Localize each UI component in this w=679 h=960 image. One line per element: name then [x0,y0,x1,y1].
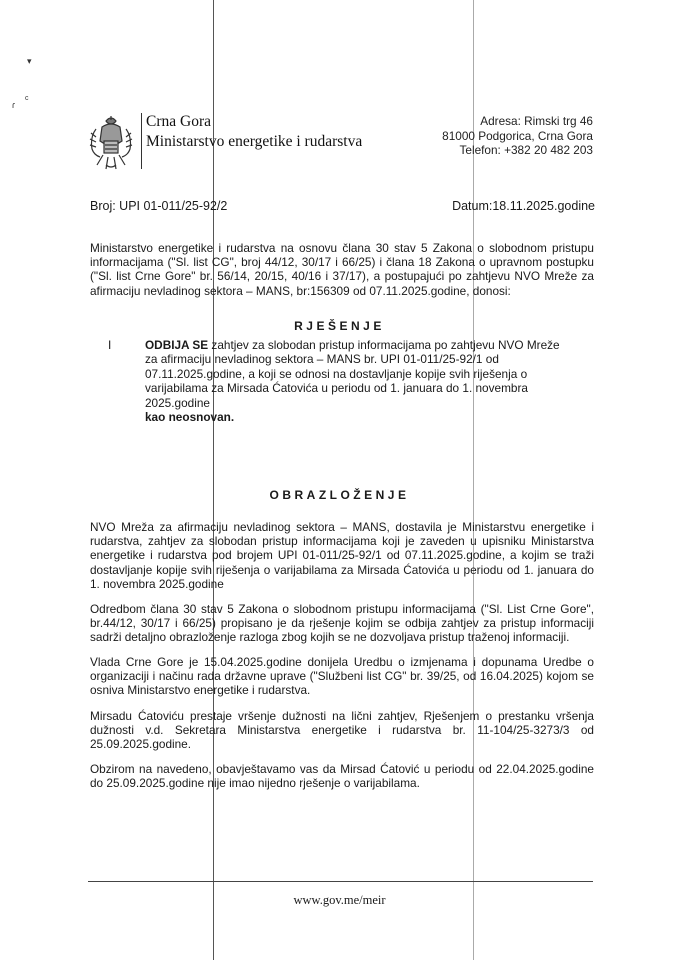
decision-item-body: ODBIJA SE zahtjev za slobodan pristup in… [145,338,565,424]
reasoning-paragraph-1: NVO Mreža za afirmaciju nevladinog sekto… [90,520,594,591]
letterhead-address: Adresa: Rimski trg 46 81000 Podgorica, C… [442,114,593,158]
reasoning-heading: OBRAZLOŽENJE [0,488,679,502]
scan-speck: ▾ [27,56,32,67]
ministry-name: Ministarstvo energetike i rudarstva [146,132,362,152]
preamble-paragraph: Ministarstvo energetike i rudarstva na o… [90,241,594,298]
footer-divider [88,881,593,882]
scan-speck: c [25,95,29,102]
document-date: Datum:18.11.2025.godine [452,199,595,213]
decision-item-text: zahtjev za slobodan pristup informacijam… [145,338,560,410]
reasoning-paragraph-4: Mirsadu Ćatoviću prestaje vršenje dužnos… [90,709,594,752]
address-street: Adresa: Rimski trg 46 [442,114,593,129]
decision-heading-title: RJEŠENJE [0,319,679,333]
decision-item-number: I [108,338,111,352]
reasoning-paragraph-2: Odredbom člana 30 stav 5 Zakona o slobod… [90,602,594,645]
reasoning-paragraph-3: Vlada Crne Gore je 15.04.2025.godine don… [90,655,594,698]
country-name: Crna Gora [146,112,362,132]
reference-number: Broj: UPI 01-011/25-92/2 [90,199,227,213]
decision-verdict: ODBIJA SE [145,338,208,352]
scan-speck: ɾ [12,100,15,110]
letterhead-divider [141,113,142,169]
coat-of-arms-icon [88,115,134,173]
address-city: 81000 Podgorica, Crna Gora [442,129,593,144]
address-phone: Telefon: +382 20 482 203 [442,143,593,158]
reasoning-paragraph-5: Obzirom na navedeno, obavještavamo vas d… [90,762,594,790]
decision-conclusion: kao neosnovan. [145,410,234,424]
letterhead-organization: Crna Gora Ministarstvo energetike i ruda… [146,112,362,152]
footer-website: www.gov.me/meir [0,893,679,908]
